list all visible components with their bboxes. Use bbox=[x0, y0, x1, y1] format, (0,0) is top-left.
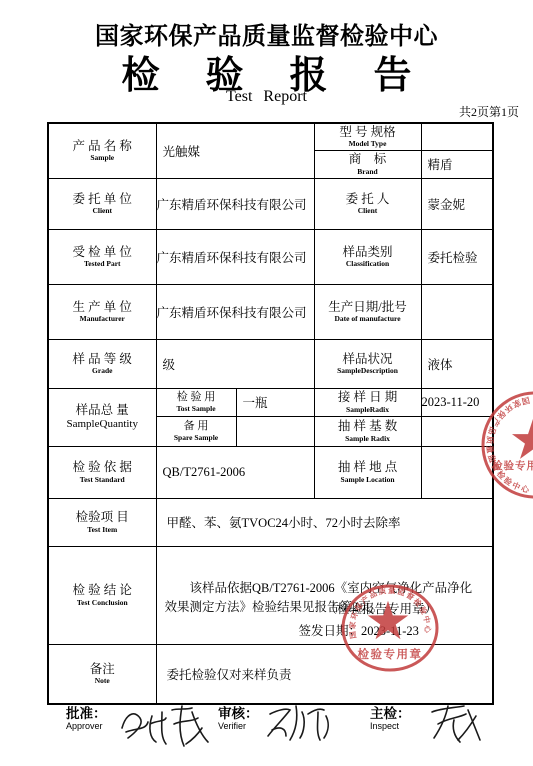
label-zh: 备 用 bbox=[157, 420, 236, 433]
label-en: SampleQuantity bbox=[49, 418, 156, 431]
table-row: 生 产 单 位 Manufacturer 广东精盾环保科技有限公司 生产日期/批… bbox=[48, 284, 493, 339]
manufacture-date-value bbox=[421, 284, 493, 339]
label-zh: 检 验 依 据 bbox=[49, 460, 156, 474]
note-value: 委托检验仅对来样负责 bbox=[156, 644, 493, 704]
test-standard-value: QB/T2761-2006 bbox=[156, 446, 314, 498]
approver-block: 批准： Approver bbox=[66, 706, 107, 732]
label-en: Tost Sample bbox=[157, 405, 236, 413]
table-row: 样 品 等 级 Grade 级 样品状况 SampleDescription 液… bbox=[48, 339, 493, 388]
sample-description-value: 液体 bbox=[421, 339, 493, 388]
client-org-value: 广东精盾环保科技有限公司 bbox=[156, 178, 314, 229]
test-standard-label: 检 验 依 据 Test Standard bbox=[48, 446, 156, 498]
label-en: Client bbox=[315, 207, 421, 215]
stamp-bottom-text: 检验专用章 bbox=[492, 459, 533, 472]
label-zh: 接 样 日 期 bbox=[315, 390, 421, 404]
client-person-value: 蒙金妮 bbox=[421, 178, 493, 229]
label-en: Test Standard bbox=[49, 476, 156, 484]
table-row: 检 验 依 据 Test Standard QB/T2761-2006 抽 样 … bbox=[48, 446, 493, 498]
label-zh: 商 标 bbox=[315, 152, 421, 166]
approver-label: 批准： bbox=[66, 706, 107, 722]
label-en: Sample bbox=[49, 154, 156, 162]
label-zh: 委 托 单 位 bbox=[49, 192, 156, 206]
receive-date-value: 2023-11-20 bbox=[421, 388, 493, 416]
inspector-block: 主检： Inspect bbox=[370, 706, 411, 732]
classification-value: 委托检验 bbox=[421, 229, 493, 284]
tested-part-label: 受 检 单 位 Tested Part bbox=[48, 229, 156, 284]
label-en: Test Item bbox=[49, 526, 156, 534]
seal-note: （检验报告专用章） bbox=[325, 599, 438, 617]
test-sample-label: 检 验 用 Tost Sample bbox=[156, 388, 236, 416]
manufacturer-value: 广东精盾环保科技有限公司 bbox=[156, 284, 314, 339]
manufacturer-label: 生 产 单 位 Manufacturer bbox=[48, 284, 156, 339]
brand-value: 精盾 bbox=[421, 150, 493, 178]
label-en: Sample Radix bbox=[315, 435, 421, 443]
model-type-label: 型 号 规格 Model Type bbox=[314, 123, 421, 150]
verifier-signature bbox=[260, 700, 330, 744]
inspector-label-en: Inspect bbox=[370, 722, 411, 732]
label-en: Date of manufacture bbox=[315, 315, 421, 323]
approver-signature bbox=[118, 702, 210, 748]
spare-sample-label: 备 用 Spare Sample bbox=[156, 416, 236, 446]
label-zh: 抽 样 地 点 bbox=[315, 460, 421, 474]
inspector-label: 主检： bbox=[370, 706, 411, 722]
product-name-value: 光触媒 bbox=[156, 123, 314, 178]
test-conclusion-label: 检 验 结 论 Test Conclusion bbox=[48, 546, 156, 644]
grade-label: 样 品 等 级 Grade bbox=[48, 339, 156, 388]
table-row: 委 托 单 位 Client 广东精盾环保科技有限公司 委 托 人 Client… bbox=[48, 178, 493, 229]
label-en: Tested Part bbox=[49, 260, 156, 268]
label-en: Spare Sample bbox=[157, 434, 236, 442]
label-zh: 样品状况 bbox=[315, 352, 421, 366]
label-en: SampleDescription bbox=[315, 367, 421, 375]
page-number: 共2页第1页 bbox=[459, 103, 519, 120]
label-zh: 生 产 单 位 bbox=[49, 300, 156, 314]
star-icon bbox=[512, 419, 533, 459]
sample-radix-label: 抽 样 基 数 Sample Radix bbox=[314, 416, 421, 446]
sample-quantity-label: 样品总 量 SampleQuantity bbox=[48, 388, 156, 446]
table-row: 样品总 量 SampleQuantity 检 验 用 Tost Sample 一… bbox=[48, 388, 493, 416]
sample-radix-value bbox=[421, 416, 493, 446]
label-zh: 检验项 目 bbox=[49, 510, 156, 524]
label-zh: 委 托 人 bbox=[315, 192, 421, 206]
tested-part-value: 广东精盾环保科技有限公司 bbox=[156, 229, 314, 284]
product-name-label: 产 品 名 称 Sample bbox=[48, 123, 156, 178]
test-conclusion-cell: 该样品依据QB/T2761-2006《室内空气净化产品净化效果测定方法》检验结果… bbox=[156, 546, 493, 644]
label-en: Note bbox=[49, 677, 156, 685]
test-report-page: 国家环保产品质量监督检验中心 检验报告 Test Report 共2页第1页 产… bbox=[0, 0, 533, 766]
label-zh: 受 检 单 位 bbox=[49, 245, 156, 259]
label-zh: 样 品 等 级 bbox=[49, 352, 156, 366]
label-en: Sample Location bbox=[315, 476, 421, 484]
note-label: 备注 Note bbox=[48, 644, 156, 704]
test-item-value: 甲醛、苯、氨TVOC24小时、72小时去除率 bbox=[156, 498, 493, 546]
table-row: 受 检 单 位 Tested Part 广东精盾环保科技有限公司 样品类别 Cl… bbox=[48, 229, 493, 284]
sample-description-label: 样品状况 SampleDescription bbox=[314, 339, 421, 388]
sample-location-value bbox=[421, 446, 493, 498]
spare-sample-value bbox=[236, 416, 314, 446]
issue-date: 签发日期：2023-11-23 bbox=[299, 621, 419, 639]
client-org-label: 委 托 单 位 Client bbox=[48, 178, 156, 229]
table-row: 检 验 结 论 Test Conclusion 该样品依据QB/T2761-20… bbox=[48, 546, 493, 644]
label-zh: 抽 样 基 数 bbox=[315, 419, 421, 433]
verifier-label: 审核： bbox=[218, 706, 259, 722]
grade-value: 级 bbox=[156, 339, 314, 388]
model-type-value bbox=[421, 123, 493, 150]
label-zh: 产 品 名 称 bbox=[49, 139, 156, 153]
manufacture-date-label: 生产日期/批号 Date of manufacture bbox=[314, 284, 421, 339]
label-en: Manufacturer bbox=[49, 315, 156, 323]
test-sample-value: 一瓶 bbox=[236, 388, 314, 416]
label-zh: 检 验 结 论 bbox=[49, 583, 156, 597]
sample-location-label: 抽 样 地 点 Sample Location bbox=[314, 446, 421, 498]
label-en: SampleRadix bbox=[315, 406, 421, 414]
test-item-label: 检验项 目 Test Item bbox=[48, 498, 156, 546]
client-person-label: 委 托 人 Client bbox=[314, 178, 421, 229]
label-en: Brand bbox=[315, 168, 421, 176]
verifier-label-en: Verifier bbox=[218, 722, 259, 732]
classification-label: 样品类别 Classification bbox=[314, 229, 421, 284]
label-en: Client bbox=[49, 207, 156, 215]
verifier-block: 审核： Verifier bbox=[218, 706, 259, 732]
receive-date-label: 接 样 日 期 SampleRadix bbox=[314, 388, 421, 416]
report-table: 产 品 名 称 Sample 光触媒 型 号 规格 Model Type 商 标… bbox=[47, 122, 494, 705]
label-zh: 样品类别 bbox=[315, 245, 421, 259]
label-en: Classification bbox=[315, 260, 421, 268]
approver-label-en: Approver bbox=[66, 722, 107, 732]
label-zh: 生产日期/批号 bbox=[315, 300, 421, 314]
label-zh: 备注 bbox=[49, 662, 156, 676]
report-subtitle: Test Report bbox=[0, 88, 533, 106]
inspector-signature bbox=[424, 700, 482, 744]
brand-label: 商 标 Brand bbox=[314, 150, 421, 178]
label-en: Model Type bbox=[315, 140, 421, 148]
table-row: 备注 Note 委托检验仅对来样负责 bbox=[48, 644, 493, 704]
label-en: Grade bbox=[49, 367, 156, 375]
table-row: 检验项 目 Test Item 甲醛、苯、氨TVOC24小时、72小时去除率 bbox=[48, 498, 493, 546]
label-zh: 型 号 规格 bbox=[315, 125, 421, 139]
label-zh: 样品总 量 bbox=[49, 403, 156, 417]
table-row: 产 品 名 称 Sample 光触媒 型 号 规格 Model Type bbox=[48, 123, 493, 150]
label-zh: 检 验 用 bbox=[157, 391, 236, 404]
label-en: Test Conclusion bbox=[49, 599, 156, 607]
